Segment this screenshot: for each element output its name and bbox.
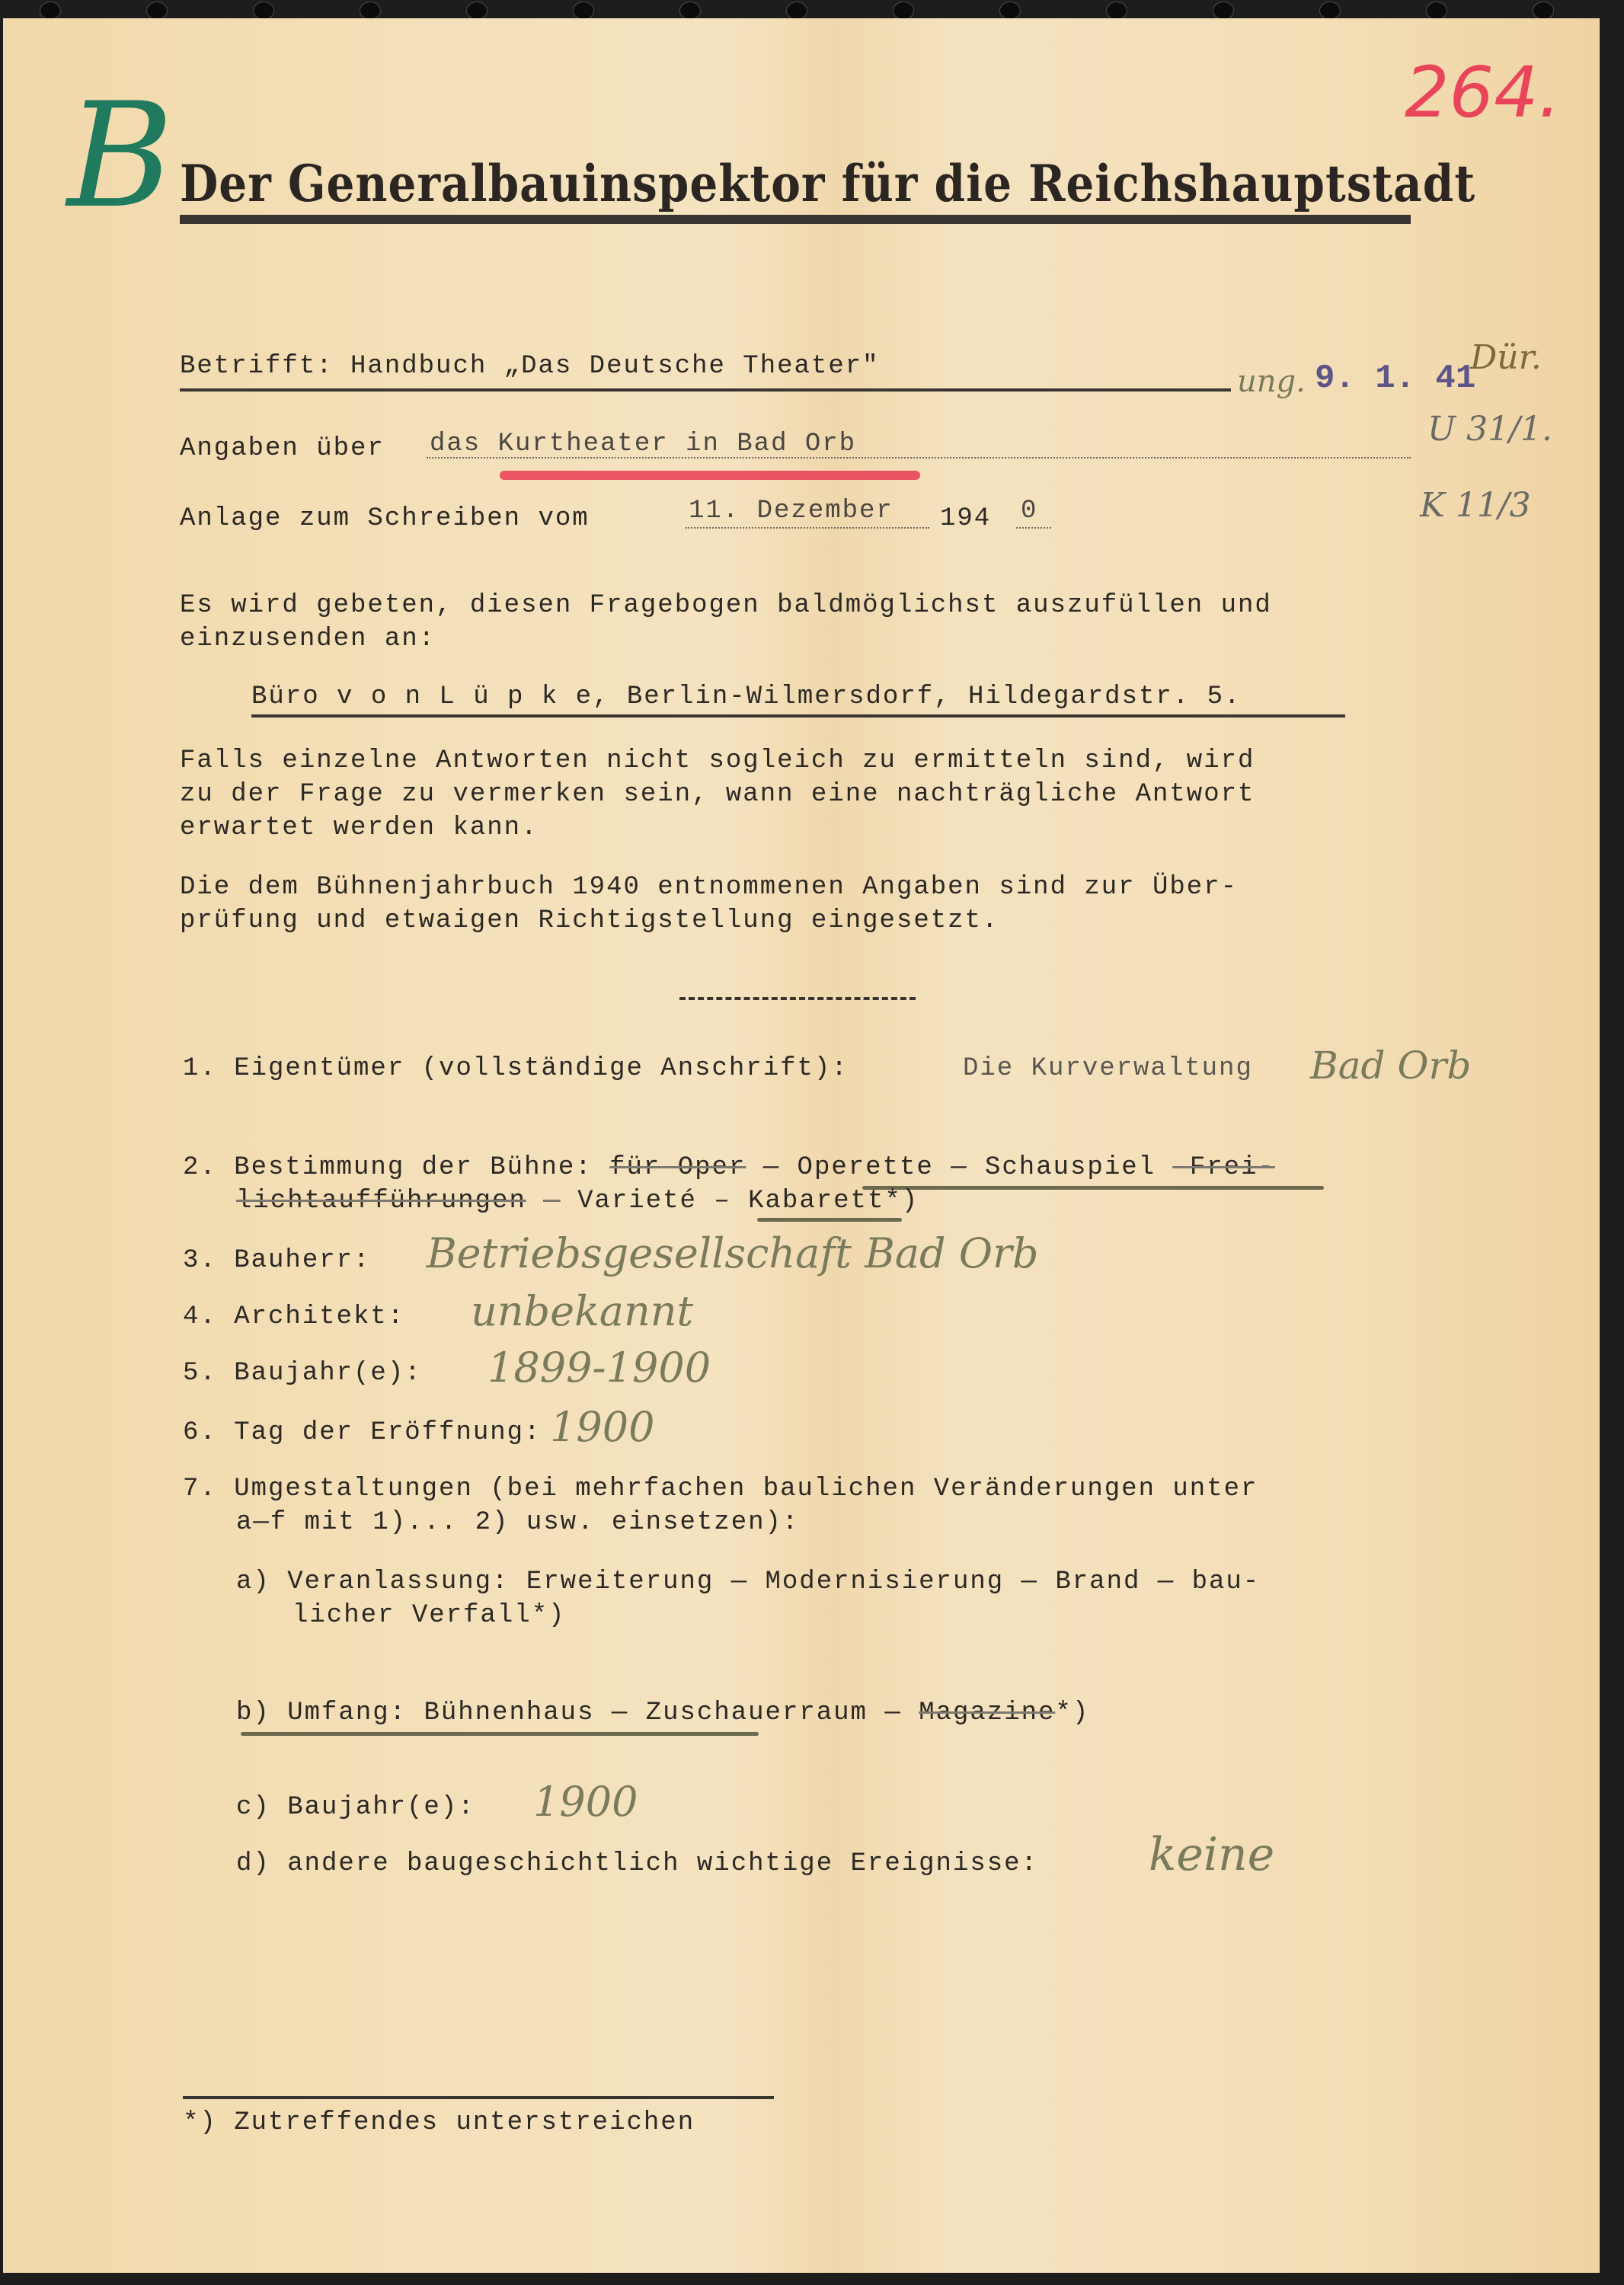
instruction-para2-line1: Falls einzelne Antworten nicht sogleich … [180,746,1255,775]
q2-option-kabarett: – Kabarett*) [714,1187,919,1216]
q5-label: 5. Baujahr(e): [183,1359,422,1388]
red-pencil-underline [500,471,920,480]
q2-option-freilicht: lichtaufführungen [236,1187,526,1216]
q7a-line1: a) Veranlassung: Erweiterung — Modernisi… [236,1568,1260,1596]
q7b-option-zuschauerraum: Zuschauerraum [646,1699,868,1727]
q2-pen-underline-2 [757,1218,902,1222]
q3-handwritten-answer: Betriebsgesellschaft Bad Orb [427,1229,1038,1277]
footnote: *) Zutreffendes unterstreichen [183,2108,695,2137]
address-underline [251,714,1345,717]
q1-typed-answer: Die Kurverwaltung [963,1054,1253,1083]
instruction-para2-line2: zu der Frage zu vermerken sein, wann ein… [180,780,1255,809]
about-label: Angaben über [180,434,385,463]
attachment-year-prefix: 194 [940,504,991,533]
q2-pen-underline-1 [862,1186,1324,1190]
received-note: ung. [1237,364,1306,399]
instruction-para3-line1: Die dem Bühnenjahrbuch 1940 entnommenen … [180,873,1238,902]
q2-line2: lichtaufführungen — Varieté – Kabarett*) [236,1187,919,1216]
margin-note-1: Dür. [1470,338,1542,377]
document-page: B 264. Der Generalbauinspektor für die R… [3,18,1600,2273]
q7d-label: d) andere baugeschichtlich wichtige Erei… [236,1849,1038,1878]
q7b-pen-underline [241,1732,759,1736]
instruction-para3-line2: prüfung und etwaigen Richtigstellung ein… [180,906,999,935]
q7b-line: b) Umfang: Bühnenhaus — Zuschauerraum — … [236,1699,1089,1727]
instruction-para1-line1: Es wird gebeten, diesen Fragebogen baldm… [180,591,1272,620]
q4-label: 4. Architekt: [183,1302,404,1331]
q1-handwritten-answer: Bad Orb [1310,1043,1471,1088]
instruction-para2-line3: erwartet werden kann. [180,813,538,842]
margin-note-2: U 31/1. [1427,410,1552,449]
letterhead-rule [180,215,1411,224]
binder-holes [0,0,1624,18]
q2-option-frei: Frei- [1190,1153,1275,1182]
q7a-line2: licher Verfall*) [293,1601,565,1630]
q7d-handwritten-answer: keine [1149,1828,1274,1881]
attachment-year-suffix: 0 [1021,497,1037,526]
q1-label: 1. Eigentümer (vollständige Anschrift): [183,1054,849,1083]
attachment-date-line [686,527,929,529]
q6-handwritten-answer: 1900 [550,1403,654,1451]
q2-option-operette: Operette [798,1153,934,1182]
q7b-label: b) Umfang: [236,1699,407,1727]
address-line: Büro v o n L ü p k e, Berlin-Wilmersdorf… [251,682,1241,711]
about-value: das Kurtheater in Bad Orb [430,430,856,459]
attachment-year-line [1016,527,1051,529]
q2-option-oper: für Oper [609,1153,746,1182]
margin-note-3: K 11/3 [1420,486,1531,525]
attachment-date: 11. Dezember [689,497,894,526]
q7b-option-magazine: Magazine [919,1699,1055,1727]
subject-underline [180,388,1231,391]
q7c-handwritten-answer: 1900 [533,1778,638,1826]
attachment-label: Anlage zum Schreiben vom [180,504,590,533]
q3-label: 3. Bauherr: [183,1246,370,1275]
q7c-label: c) Baujahr(e): [236,1793,475,1822]
section-divider [679,997,916,1000]
q7b-option-buehnenhaus: Bühnenhaus [424,1699,594,1727]
instruction-para1-line2: einzusenden an: [180,625,436,654]
margin-letter-mark: B [67,72,174,240]
q2-option-schauspiel: Schauspiel [985,1153,1156,1182]
q2-option-variete: Varieté [577,1187,697,1216]
q2-label: 2. Bestimmung der Bühne: [183,1153,593,1182]
q2-line1: 2. Bestimmung der Bühne: für Oper — Oper… [183,1153,1275,1182]
q7-label-line2: a—f mit 1)... 2) usw. einsetzen): [236,1508,799,1537]
received-date-stamp: 9. 1. 41 [1315,360,1475,398]
q4-handwritten-answer: unbekannt [471,1287,693,1335]
q7-label-line1: 7. Umgestaltungen (bei mehrfachen baulic… [183,1475,1258,1504]
page-number-mark: 264. [1405,52,1561,133]
q6-label: 6. Tag der Eröffnung: [183,1418,541,1447]
q5-handwritten-answer: 1899-1900 [488,1344,711,1392]
about-fill-line [427,457,1411,459]
footnote-rule [183,2096,774,2099]
letterhead-title: Der Generalbauinspektor für die Reichsha… [180,154,1475,213]
subject-line: Betrifft: Handbuch „Das Deutsche Theater… [180,352,880,381]
